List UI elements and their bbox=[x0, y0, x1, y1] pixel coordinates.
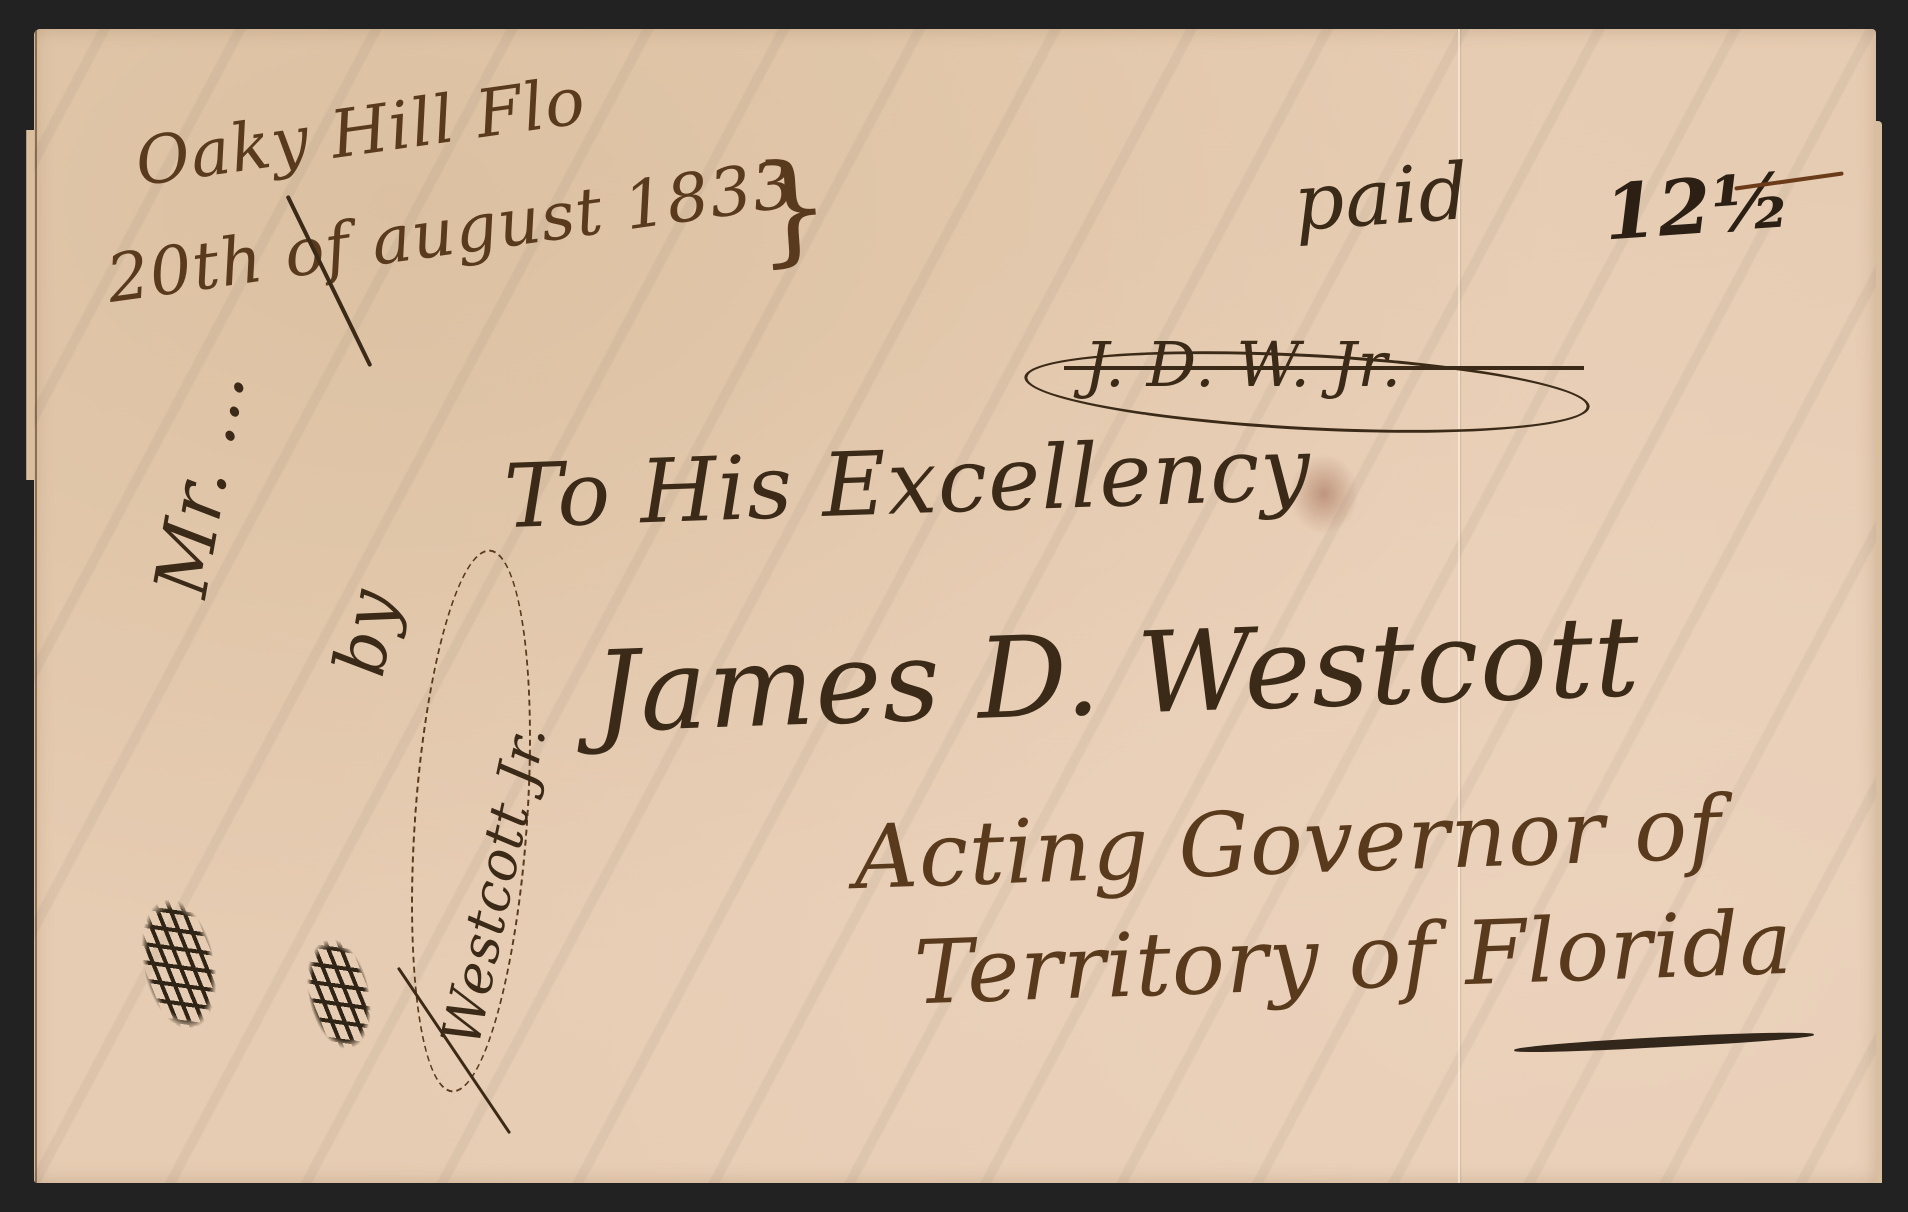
letter-sheet: Oaky Hill Flo 20th of august 1833 } paid… bbox=[34, 29, 1876, 1183]
left-fold-edge bbox=[35, 29, 37, 1183]
origin-brace: } bbox=[750, 146, 836, 271]
postage-rate: 12½ bbox=[1602, 163, 1795, 252]
address-name: James D. Westcott bbox=[592, 601, 1641, 749]
docket-note-2: by bbox=[324, 584, 408, 681]
frank-text: J. D. W. Jr. bbox=[1084, 334, 1402, 396]
scan-backdrop: Oaky Hill Flo 20th of august 1833 } paid… bbox=[0, 0, 1908, 1212]
crossed-frank-signature: J. D. W. Jr. bbox=[1024, 304, 1624, 434]
address-salutation: To His Excellency bbox=[503, 425, 1313, 541]
paid-marking: paid bbox=[1291, 153, 1471, 243]
